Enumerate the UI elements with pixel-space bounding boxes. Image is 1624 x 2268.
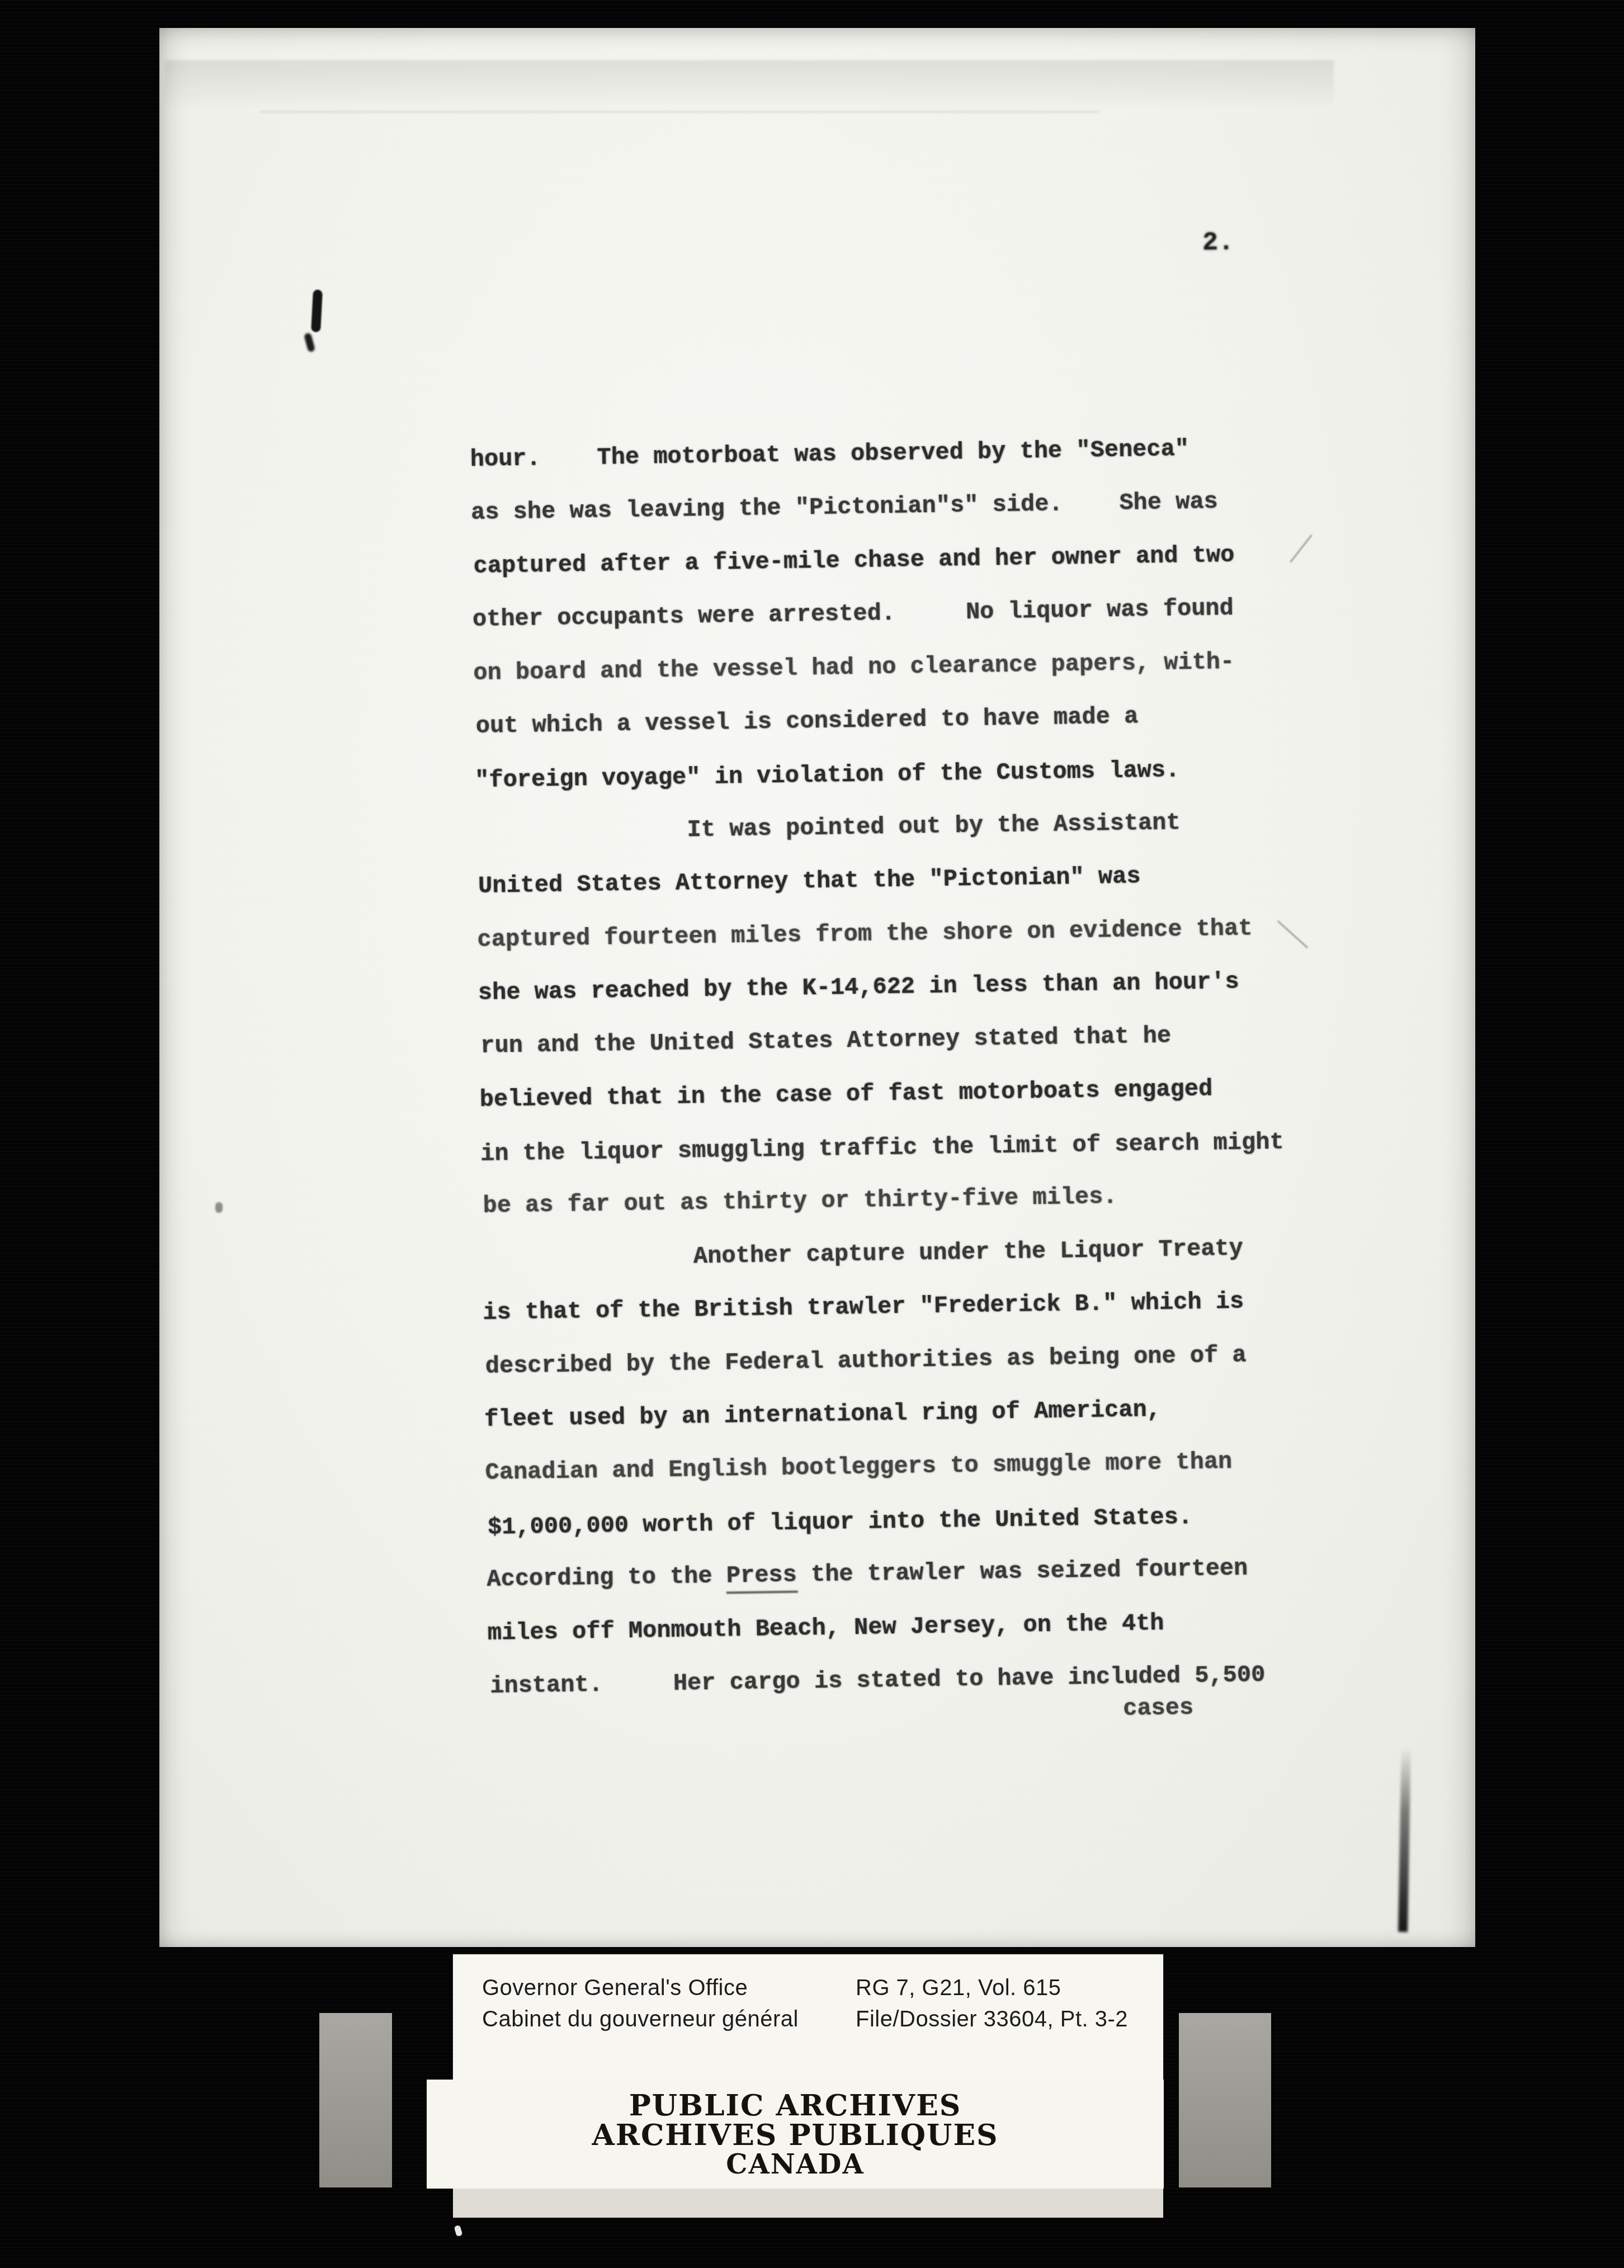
- label-underlay-strip: [453, 2189, 1163, 2218]
- film-gray-band-left: [319, 2013, 392, 2187]
- typed-text-block: hour. The motorboat was observed by the …: [470, 419, 1440, 1746]
- scan-shading-line: [260, 111, 1099, 113]
- archive-reference-number: RG 7, G21, Vol. 615: [856, 1972, 1142, 2004]
- archive-label-row: Governor General's Office RG 7, G21, Vol…: [482, 1972, 1142, 2004]
- archive-label-rows: Governor General's Office RG 7, G21, Vol…: [482, 1972, 1142, 2035]
- page-number: 2.: [1202, 228, 1234, 258]
- stamp-line: PUBLIC ARCHIVES: [427, 2091, 1164, 2120]
- archive-label-row: Cabinet du gouverneur général File/Dossi…: [482, 2004, 1142, 2035]
- microfilm-frame: 2. hour. The motorboat was observed by t…: [0, 0, 1624, 2268]
- film-gray-band-right: [1179, 2013, 1271, 2187]
- stamp-line: CANADA: [427, 2150, 1164, 2180]
- stray-mark: [215, 1202, 223, 1213]
- page-curl-shadow: [1398, 1747, 1411, 1932]
- public-archives-stamp: PUBLIC ARCHIVESARCHIVES PUBLIQUESCANADA: [427, 2080, 1164, 2189]
- archive-label-english: Cabinet du gouverneur général: [482, 2004, 856, 2035]
- archive-label-english: Governor General's Office: [482, 1972, 856, 2004]
- document-page: 2. hour. The motorboat was observed by t…: [159, 28, 1475, 1947]
- ink-mark: [311, 290, 323, 333]
- stamp-line: ARCHIVES PUBLIQUES: [427, 2120, 1164, 2150]
- scan-shading: [165, 60, 1334, 108]
- archive-label-card: Governor General's Office RG 7, G21, Vol…: [453, 1954, 1163, 2080]
- archive-reference-number: File/Dossier 33604, Pt. 3-2: [856, 2004, 1142, 2035]
